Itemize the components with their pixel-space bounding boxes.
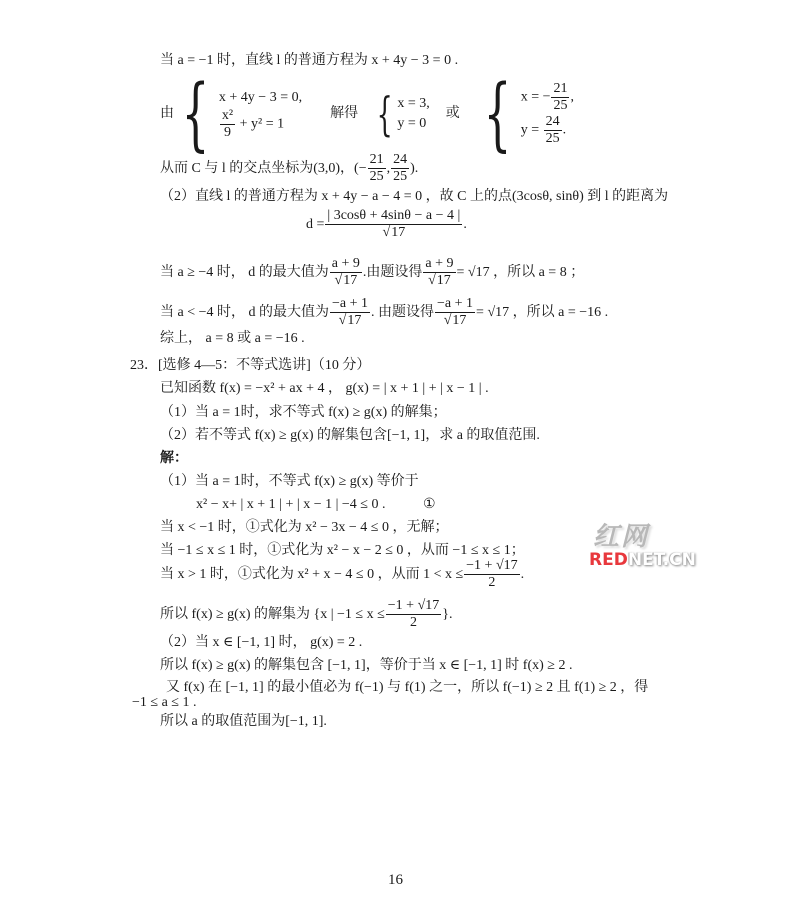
question-part-2: （2）若不等式 f(x) ≥ g(x) 的解集包含[−1, 1]，求 a 的取值… [160, 427, 540, 445]
equation-system-block: 由 { x + 4y − 3 = 0, x²9 + y² = 1 解得 { x … [160, 76, 574, 152]
given-functions: 已知函数 f(x) = −x² + ax + 4 ， g(x) = | x + … [160, 380, 489, 398]
left-brace-icon: { [181, 74, 209, 154]
distance-lhs: d = [306, 216, 324, 234]
frac-num: 24 [544, 114, 562, 131]
sol2-y-prefix: y = [521, 123, 543, 138]
part2-line: （2）直线 l 的普通方程为 x + 4y − a − 4 = 0 ，故 C 上… [160, 188, 668, 206]
solution-2-line3: 又 f(x) 在 [−1, 1] 的最小值必为 f(−1) 与 f(1) 之一，… [166, 679, 648, 697]
watermark-white-part: NET.CN [628, 550, 696, 570]
sol2-x: x = −2125, [521, 81, 574, 114]
case-x-less-minus1: 当 x < −1 时，①式化为 x² − 3x − 4 ≤ 0 ，无解； [160, 519, 448, 537]
case3-post: . [521, 566, 525, 584]
inequality-1: x² − x+ | x + 1 | + | x − 1 | −4 ≤ 0 . [196, 497, 385, 512]
sqrt-radicand: 17 [346, 312, 361, 328]
case1-a: 当 a ≥ −4 时， d 的最大值为 [160, 264, 329, 282]
frac-num: a + 9 [423, 256, 455, 273]
result-pre: 所以 f(x) ≥ g(x) 的解集为 {x | −1 ≤ x ≤ [160, 606, 385, 624]
eq2-rest: + y² = 1 [236, 116, 284, 131]
watermark-red-part: RED [589, 550, 628, 570]
circled-one-marker: ① [423, 497, 436, 512]
frac-num: −a + 1 [330, 296, 370, 313]
sol2-y: y = 2425. [521, 114, 574, 147]
solution-2-conclusion: 所以 a 的取值范围为[−1, 1]. [160, 713, 327, 731]
case2-a: 当 a < −4 时， d 的最大值为 [160, 304, 329, 322]
solution-2: x = −2125, y = 2425. [521, 81, 574, 147]
solution-2-line2: 所以 f(x) ≥ g(x) 的解集包含 [−1, 1]，等价于当 x ∈ [−… [160, 657, 572, 675]
sol1-x: x = 3, [397, 94, 429, 114]
solution-1: x = 3, y = 0 [397, 94, 429, 134]
sol1-y: y = 0 [397, 114, 429, 134]
frac-den: √17 [426, 273, 453, 289]
sol2-x-prefix: x = − [521, 90, 551, 105]
intersection-text: 从而 C 与 l 的交点坐标为(3,0)，(− [160, 160, 367, 178]
question-part-1: （1）当 a = 1时，求不等式 f(x) ≥ g(x) 的解集； [160, 404, 447, 422]
case-x-greater-1: 当 x > 1 时，①式化为 x² + x − 4 ≤ 0 ，从而 1 < x … [160, 558, 524, 591]
frac-num: x² [220, 108, 235, 125]
frac-den: √17 [381, 225, 408, 241]
sqrt-radicand: 17 [436, 272, 451, 288]
frac-den: 25 [551, 98, 569, 114]
case2-line: 当 a < −4 时， d 的最大值为 −a + 1√17 . 由题设得 −a … [160, 296, 608, 329]
conclusion-line: 综上， a = 8 或 a = −16 . [160, 330, 305, 348]
solution-1-line1: （1）当 a = 1时，不等式 f(x) ≥ g(x) 等价于 [160, 473, 419, 491]
frac-den: 25 [391, 169, 409, 185]
frac-num: | 3cosθ + 4sinθ − a − 4 | [325, 208, 462, 225]
system-prefix: 由 [160, 105, 174, 123]
sqrt-radicand: 17 [390, 224, 405, 240]
solution-2-line1: （2）当 x ∈ [−1, 1] 时， g(x) = 2 . [160, 634, 362, 652]
left-brace-icon: { [377, 91, 393, 137]
case2-b: . 由题设得 [371, 304, 434, 322]
sqrt-radicand: 17 [451, 312, 466, 328]
solution-1-result: 所以 f(x) ≥ g(x) 的解集为 {x | −1 ≤ x ≤ −1 + √… [160, 598, 453, 631]
solve-word: 解得 [330, 105, 358, 123]
watermark-chinese-text: 红网 [593, 516, 649, 553]
frac-num: 21 [368, 152, 386, 169]
or-word: 或 [446, 105, 460, 123]
rednet-watermark-logo: 红网 REDNET.CN [583, 520, 703, 580]
frac-den: 2 [486, 575, 497, 591]
case2-c: = √17 ，所以 a = −16 . [476, 304, 608, 322]
case1-c: = √17 ，所以 a = 8 ； [457, 264, 585, 282]
distance-formula: d = | 3cosθ + 4sinθ − a − 4 |√17. [306, 208, 467, 241]
frac-num: −a + 1 [435, 296, 475, 313]
frac-num: −1 + √17 [464, 558, 519, 575]
frac-num: 24 [391, 152, 409, 169]
case1-line: 当 a ≥ −4 时， d 的最大值为 a + 9√17 .由题设得 a + 9… [160, 256, 584, 289]
sqrt-radicand: 17 [342, 272, 357, 288]
left-brace-icon: { [483, 74, 511, 154]
solution-1-line2: x² − x+ | x + 1 | + | x − 1 | −4 ≤ 0 . ① [196, 496, 436, 514]
frac-den: √17 [442, 313, 469, 329]
frac-num: −1 + √17 [386, 598, 441, 615]
frac-den: 2 [408, 615, 419, 631]
page-number: 16 [388, 872, 403, 889]
frac-den: 25 [368, 169, 386, 185]
intersection-line: 从而 C 与 l 的交点坐标为(3,0)，(− 2125,2425). [160, 152, 418, 185]
frac-num: a + 9 [330, 256, 362, 273]
frac-den: √17 [337, 313, 364, 329]
system-eq2: x²9 + y² = 1 [219, 108, 302, 141]
case1-b: .由题设得 [363, 264, 423, 282]
watermark-rednet-text: REDNET.CN [589, 550, 696, 570]
frac-den: 9 [222, 125, 233, 141]
frac-den: 25 [544, 131, 562, 147]
case3-pre: 当 x > 1 时，①式化为 x² + x − 4 ≤ 0 ，从而 1 < x … [160, 566, 463, 584]
frac-den: √17 [333, 273, 360, 289]
frac-num: 21 [551, 81, 569, 98]
system-eq1: x + 4y − 3 = 0, [219, 88, 302, 108]
result-post: }. [442, 606, 452, 624]
system-equations: x + 4y − 3 = 0, x²9 + y² = 1 [219, 88, 302, 141]
question-23-heading: 23．[选修 4—5：不等式选讲]（10 分） [130, 357, 370, 375]
solution-label: 解： [160, 450, 188, 468]
solution-2-line4: −1 ≤ a ≤ 1 . [132, 694, 196, 712]
